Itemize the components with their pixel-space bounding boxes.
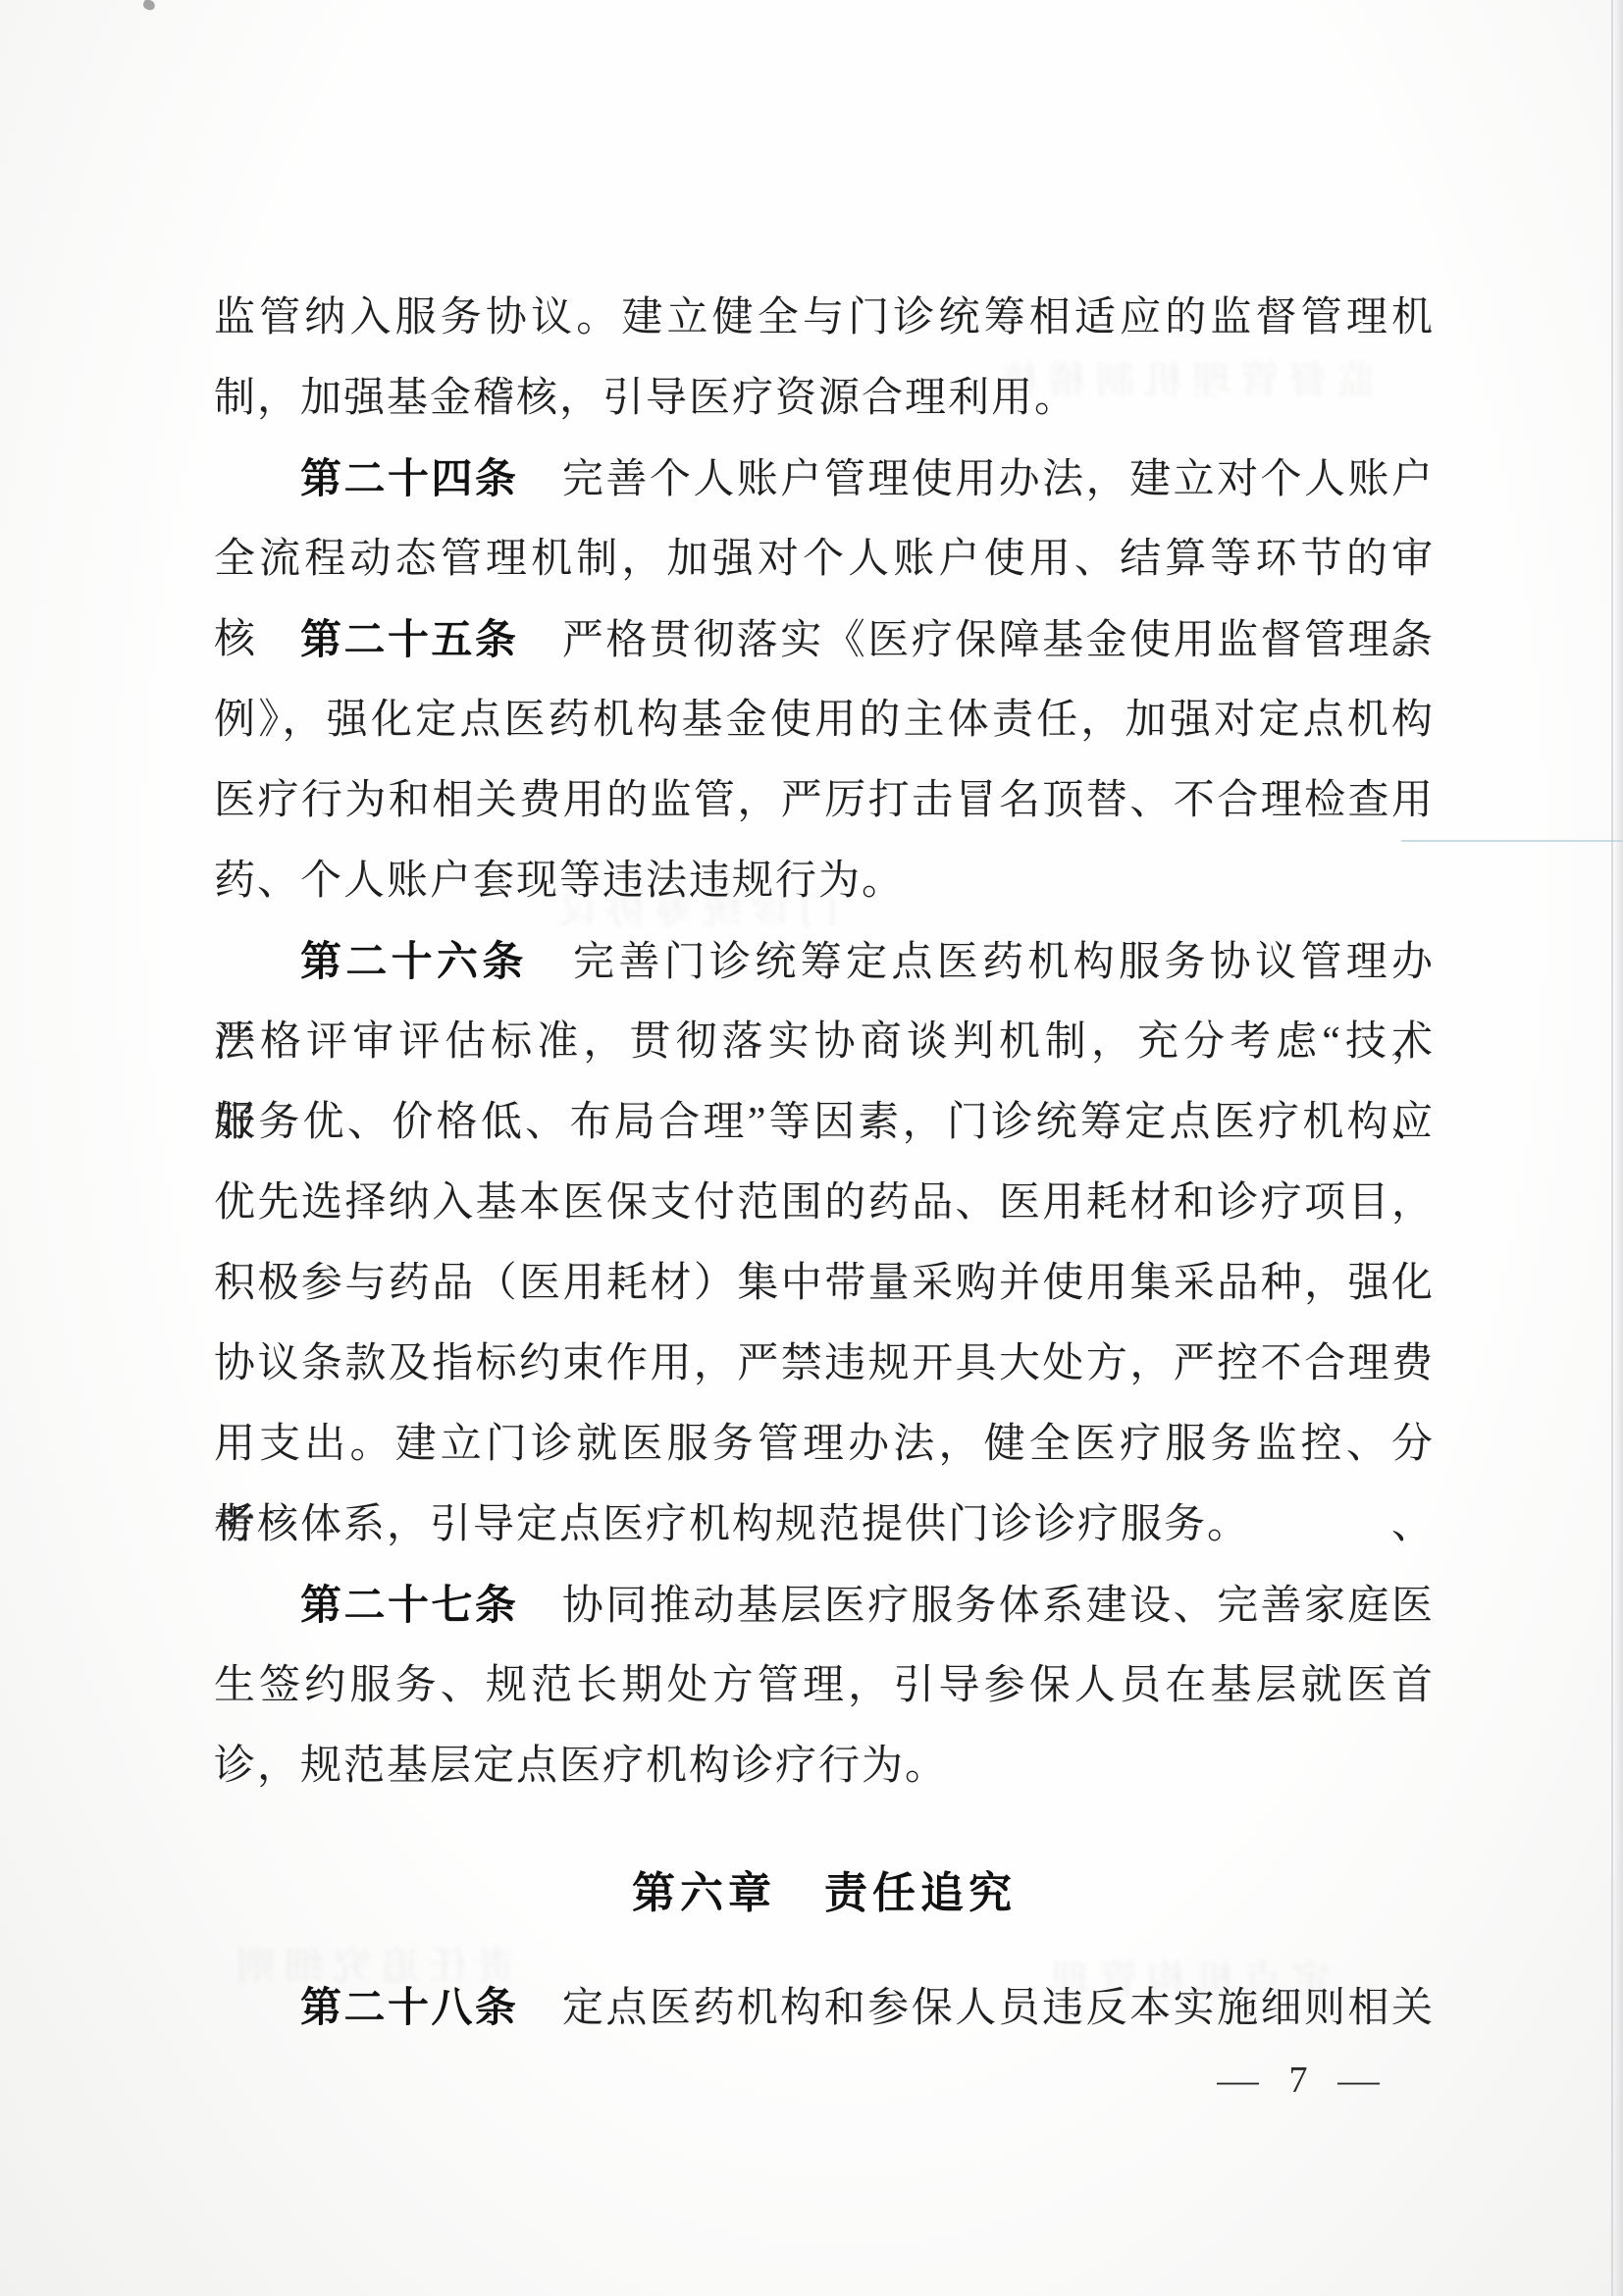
footer-left-dash: —	[1217, 2060, 1259, 2102]
text-line: 用支出。建立门诊就医服务管理办法，健全医疗服务监控、分析、	[214, 1404, 1435, 1485]
line-text: 医疗行为和相关费用的监管，严厉打击冒名顶替、不合理检查用	[214, 778, 1435, 823]
line-text: 优先选择纳入基本医保支付范围的药品、医用耗材和诊疗项目，	[214, 1180, 1435, 1226]
line-text: 服务优、价格低、布局合理”等因素，门诊统筹定点医疗机构应	[214, 1100, 1435, 1145]
scanned-document-page: 监督管理机制稽核门诊统筹协议责任追究细则定点机构管理 监管纳入服务协议。建立健全…	[0, 0, 1623, 2296]
line-text: 积极参与药品（医用耗材）集中带量采购并使用集采品种，强化	[214, 1261, 1435, 1306]
article-heading-line: 第二十八条 定点医药机构和参保人员违反本实施细则相关	[214, 1967, 1435, 2048]
article-number: 第六章 责任追究	[632, 1869, 1017, 1917]
line-text: 协议条款及指标约束作用，严禁违规开具大处方，严控不合理费	[214, 1341, 1435, 1386]
footer-right-dash: —	[1337, 2060, 1380, 2102]
line-text: 严格贯彻落实《医疗保障基金使用监督管理条	[518, 618, 1435, 663]
text-line: 例》，强化定点医药机构基金使用的主体责任，加强对定点机构	[214, 680, 1435, 760]
article-heading-line: 第二十七条 协同推动基层医疗服务体系建设、完善家庭医	[214, 1565, 1435, 1645]
text-line: 服务优、价格低、布局合理”等因素，门诊统筹定点医疗机构应	[214, 1082, 1435, 1163]
text-line: 严格评审评估标准，贯彻落实协商谈判机制，充分考虑“技术好、	[214, 1002, 1435, 1082]
scan-speck-artifact	[142, 0, 157, 12]
line-text: 生签约服务、规范长期处方管理，引导参保人员在基层就医首	[214, 1663, 1435, 1708]
text-line: 优先选择纳入基本医保支付范围的药品、医用耗材和诊疗项目，	[214, 1163, 1435, 1243]
line-text: 药、个人账户套现等违法违规行为。	[214, 859, 905, 904]
text-line: 制，加强基金稽核，引导医疗资源合理利用。	[214, 358, 1435, 439]
article-number: 第二十八条	[300, 1984, 518, 2030]
document-body: 监管纳入服务协议。建立健全与门诊统筹相适应的监督管理机制，加强基金稽核，引导医疗…	[214, 278, 1435, 2048]
article-heading-line: 第二十五条 严格贯彻落实《医疗保障基金使用监督管理条	[214, 600, 1435, 680]
line-text: 监管纳入服务协议。建立健全与门诊统筹相适应的监督管理机	[214, 295, 1435, 340]
text-line: 积极参与药品（医用耗材）集中带量采购并使用集采品种，强化	[214, 1243, 1435, 1324]
text-line: 全流程动态管理机制，加强对个人账户使用、结算等环节的审核。	[214, 519, 1435, 600]
line-text: 完善个人账户管理使用办法，建立对个人账户	[518, 457, 1435, 502]
text-line: 监管纳入服务协议。建立健全与门诊统筹相适应的监督管理机	[214, 278, 1435, 358]
article-heading-line: 第二十四条 完善个人账户管理使用办法，建立对个人账户	[214, 439, 1435, 519]
line-text: 协同推动基层医疗服务体系建设、完善家庭医	[518, 1584, 1435, 1629]
article-number: 第二十六条	[300, 938, 528, 984]
text-line: 医疗行为和相关费用的监管，严厉打击冒名顶替、不合理检查用	[214, 760, 1435, 841]
line-text: 诊，规范基层定点医疗机构诊疗行为。	[214, 1744, 948, 1789]
text-line: 诊，规范基层定点医疗机构诊疗行为。	[214, 1726, 1435, 1806]
page-footer: — 7 —	[1220, 2057, 1377, 2104]
text-line: 协议条款及指标约束作用，严禁违规开具大处方，严控不合理费	[214, 1324, 1435, 1404]
article-number: 第二十四条	[300, 455, 518, 501]
line-text: 例》，强化定点医药机构基金使用的主体责任，加强对定点机构	[214, 698, 1435, 743]
line-text: 定点医药机构和参保人员违反本实施细则相关	[518, 1986, 1435, 2031]
page-number: 7	[1289, 2059, 1308, 2102]
text-line: 药、个人账户套现等违法违规行为。	[214, 841, 1435, 921]
page-edge-shadow	[1613, 0, 1623, 2296]
chapter-heading: 第六章 责任追究	[214, 1853, 1435, 1934]
article-number: 第二十七条	[300, 1582, 518, 1628]
line-text: 制，加强基金稽核，引导医疗资源合理利用。	[214, 376, 1077, 421]
article-number: 第二十五条	[300, 616, 518, 662]
article-heading-line: 第二十六条 完善门诊统筹定点医药机构服务协议管理办法，	[214, 921, 1435, 1002]
text-line: 生签约服务、规范长期处方管理，引导参保人员在基层就医首	[214, 1645, 1435, 1726]
line-text: 考核体系，引导定点医疗机构规范提供门诊诊疗服务。	[214, 1502, 1250, 1547]
